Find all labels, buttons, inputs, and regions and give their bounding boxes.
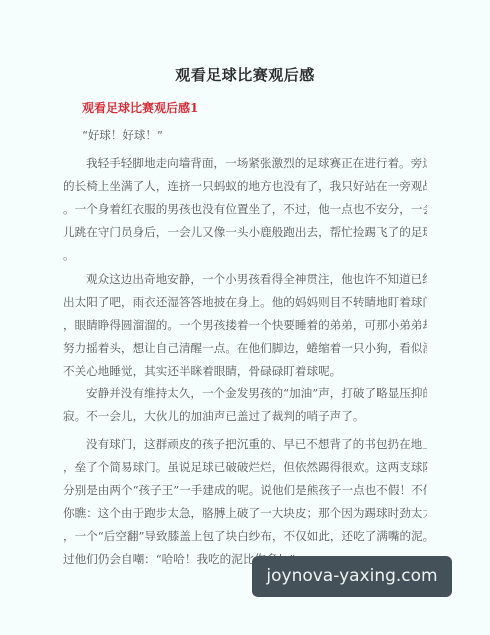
paragraph-line: 不关心地睡觉，其实还半眯着眼睛，骨碌碌盯着球呢。 (63, 360, 427, 383)
document-page: 观看足球比赛观后感 观看足球比赛观后感1 “好球！好球！” 我轻手轻脚地走向墙背… (0, 0, 490, 635)
paragraph-line: 没有球门，这群顽皮的孩子把沉重的、早已不想背了的书包扔在地上 (63, 433, 427, 456)
paragraph-1: 我轻手轻脚地走向墙背面，一场紧张激烈的足球赛正在进行着。旁边 的长椅上坐满了人，… (63, 152, 427, 267)
paragraph-line: 的长椅上坐满了人，连挤一只蚂蚁的地方也没有了，我只好站在一旁观战 (63, 175, 427, 198)
paragraph-line: ，垒了个简易球门。虽说足球已破破烂烂，但依然踢得很欢。这两支球队 (63, 456, 427, 479)
paragraph-line: 你瞧：这个由于跑步太急，胳膊上破了一大块皮；那个因为踢球时劲太大 (63, 502, 427, 525)
paragraph-line: 观众这边出奇地安静，一个小男孩看得全神贯注，他也许不知道已经 (63, 268, 427, 291)
paragraph-4: 没有球门，这群顽皮的孩子把沉重的、早已不想背了的书包扔在地上 ，垒了个简易球门。… (63, 433, 427, 571)
paragraph-line: 。 (63, 244, 427, 267)
paragraph-line: 儿跳在守门员身后，一会儿又像一头小鹿般跑出去，帮忙捡踢飞了的足球 (63, 221, 427, 244)
document-title: 观看足球比赛观后感 (0, 64, 490, 85)
paragraph-2: 观众这边出奇地安静，一个小男孩看得全神贯注，他也许不知道已经 出太阳了吧，雨衣还… (63, 268, 427, 383)
section-heading: 观看足球比赛观后感1 (82, 99, 198, 116)
paragraph-line: 努力摇着头，想让自己清醒一点。在他们脚边，蜷缩着一只小狗，看似漠 (63, 337, 427, 360)
paragraph-line: 安静并没有维持太久，一个金发男孩的“加油”声，打破了略显压抑的沉 (63, 382, 427, 405)
paragraph-line: 。一个身着红衣服的男孩也没有位置坐了，不过，他一点也不安分，一会 (63, 198, 427, 221)
watermark-badge: joynova-yaxing.com (252, 556, 452, 597)
opening-quote: “好球！好球！” (82, 127, 163, 143)
paragraph-line: 出太阳了吧，雨衣还湿答答地披在身上。他的妈妈则目不转睛地盯着球门 (63, 291, 427, 314)
paragraph-line: ，眼睛睁得圆溜溜的。一个男孩搂着一个快要睡着的弟弟，可那小弟弟却 (63, 314, 427, 337)
paragraph-line: 寂。不一会儿，大伙儿的加油声已盖过了裁判的哨子声了。 (63, 405, 427, 428)
paragraph-line: ，一个“后空翻”导致膝盖上包了块白纱布，不仅如此，还吃了满嘴的泥。不 (63, 525, 427, 548)
paragraph-line: 我轻手轻脚地走向墙背面，一场紧张激烈的足球赛正在进行着。旁边 (63, 152, 427, 175)
paragraph-line: 分别是由两个“孩子王”一手建成的呢。说他们是熊孩子一点也不假！不信， (63, 479, 427, 502)
paragraph-3: 安静并没有维持太久，一个金发男孩的“加油”声，打破了略显压抑的沉 寂。不一会儿，… (63, 382, 427, 428)
